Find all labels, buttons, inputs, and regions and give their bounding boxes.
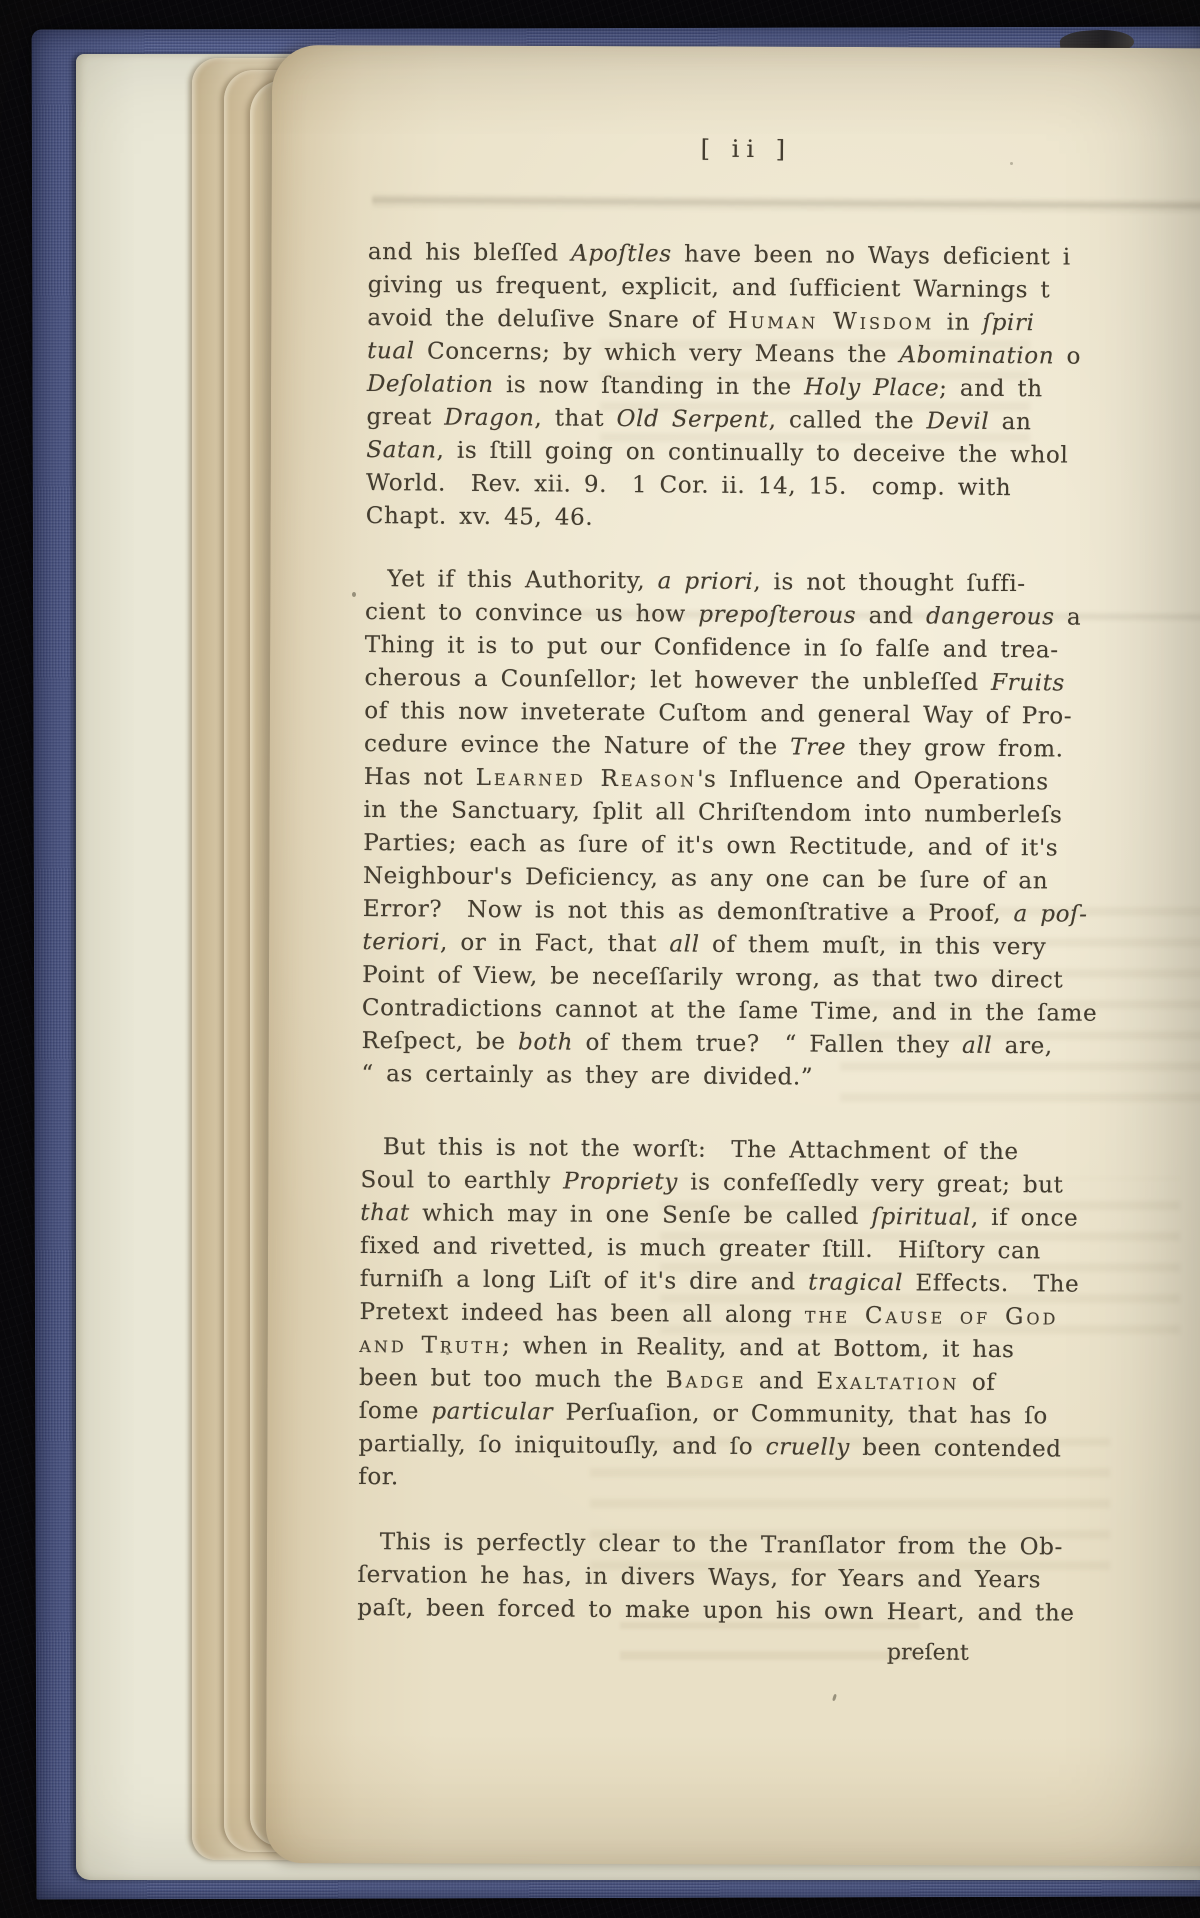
body-text: ; and th [939, 375, 1043, 402]
body-text: avoid the deluſive Snare of [367, 305, 728, 334]
italic-text: both [518, 1029, 573, 1055]
body-text: they grow from. [846, 735, 1064, 763]
italic-text: Devil [926, 408, 989, 434]
italic-text: Abomination [899, 342, 1054, 369]
body-text: , that [534, 405, 616, 432]
body-text: Effects. The [903, 1270, 1079, 1297]
body-text: are, [992, 1033, 1053, 1059]
body-text: , called the [769, 407, 927, 434]
body-text: of [959, 1370, 995, 1396]
body-text: ſome [359, 1398, 432, 1425]
body-text: , is ſtill going on continually to decei… [436, 438, 1068, 469]
body-text: fixed and rivetted, is much greater ſtil… [360, 1233, 1041, 1264]
italic-text: particular [431, 1399, 553, 1426]
italic-text: tual [367, 338, 415, 364]
body-text: Pretext indeed has been all along [359, 1299, 804, 1328]
body-text: Point of View, be neceſſarily wrong, as … [362, 962, 1063, 994]
paragraphs: and his bleſſed Apoſtles have been no Wa… [357, 236, 1103, 1631]
italic-text: Fruits [991, 670, 1065, 697]
text-line: for. [358, 1461, 1094, 1500]
text-line: partially, ſo iniquitouſly, and ſo cruel… [358, 1428, 1094, 1467]
italic-text: Apoſtles [571, 241, 672, 268]
body-text: ſervation he has, in divers Ways, for Ye… [357, 1562, 1041, 1593]
body-text: in the Sanctuary, ſplit all Chriſtendom … [363, 797, 1062, 828]
italic-text: Tree [790, 734, 846, 760]
italic-text: cruelly [766, 1434, 850, 1461]
italic-text: Dragon [444, 405, 534, 432]
body-text: Contradictions cannot at the ſame Time, … [362, 995, 1097, 1027]
body-text: This is perfectly clear to the Tranſlato… [380, 1529, 1063, 1560]
body-text: Neighbour's Deficiency, as any one can b… [363, 863, 1048, 894]
body-text: Soul to earthly [361, 1167, 564, 1195]
body-text: Reſpect, be [362, 1028, 519, 1055]
paragraph: and his bleſſed Apoſtles have been no Wa… [366, 236, 1104, 539]
italic-text: tragical [808, 1269, 903, 1296]
body-text: of them muſt, in this very [700, 932, 1047, 961]
scanned-book-photo: [ ii ] and his bleſſed Apoſtles have bee… [0, 0, 1200, 1918]
text-block: [ ii ] and his bleſſed Apoſtles have bee… [0, 0, 1200, 1918]
body-text: , if once [971, 1205, 1079, 1232]
body-text: 's Influence and Operations [697, 767, 1049, 796]
small-caps-text: and Truth [359, 1332, 502, 1359]
italic-text: teriori [362, 929, 440, 956]
body-text: Has not [364, 764, 476, 791]
body-text: of them true? “ Fallen they [573, 1030, 962, 1059]
italic-text: dangerous [926, 603, 1055, 630]
body-text: which may in one Senſe be called [410, 1200, 872, 1230]
text-line: Chapt. xv. 45, 46. [366, 500, 1102, 539]
body-text: cient to convince us how [365, 599, 698, 628]
body-text: is confeſſedly very great; but [678, 1169, 1064, 1198]
body-text: Parties; each as ſure of it's own Rectit… [363, 830, 1058, 861]
body-text: Error? Now is not this as demonſtrative … [363, 896, 1014, 927]
body-text: and his bleſſed [368, 239, 572, 267]
body-text: Perſuaſion, or Community, that has ſo [553, 1399, 1048, 1429]
body-text: But this is not the worſt: The Attachmen… [383, 1134, 1019, 1165]
body-text: paſt, been forced to make upon his own H… [357, 1595, 1074, 1627]
body-text: Yet if this Authority, [387, 566, 658, 594]
italic-text: Old Serpent [617, 406, 769, 433]
paragraph: Yet if this Authority, a priori, is not … [361, 563, 1100, 1097]
body-text: great [367, 404, 445, 431]
body-text: been but too much the [359, 1365, 666, 1393]
body-text: a [1054, 604, 1081, 630]
body-text: ; when in Reality, and at Bottom, it has [502, 1333, 1015, 1363]
italic-text: Deſolation [367, 371, 494, 398]
body-text: an [989, 409, 1031, 435]
body-text: cedure evince the Nature of the [364, 731, 790, 760]
italic-text: Holy Place [804, 374, 939, 401]
body-text: for. [358, 1464, 399, 1490]
small-caps-text: Learned Reason [476, 765, 698, 793]
body-text: furniſh a long Liſt of it's dire and [360, 1266, 809, 1296]
body-text: Chapt. xv. 45, 46. [366, 503, 594, 531]
body-text: Thing it is to put our Confidence in ſo … [365, 632, 1059, 663]
italic-text: ſpiritual [871, 1204, 971, 1231]
paragraph: This is perfectly clear to the Tranſlato… [357, 1526, 1093, 1631]
body-text: giving us frequent, explicit, and ſuffic… [368, 272, 1051, 303]
small-caps-text: Badge [666, 1367, 747, 1394]
body-text: been contended [850, 1435, 1062, 1463]
body-text: “ as certainly as they are divided.” [361, 1061, 813, 1091]
italic-text: all [669, 931, 699, 957]
text-line: paſt, been forced to make upon his own H… [357, 1592, 1093, 1631]
italic-text: ſpiri [982, 310, 1034, 336]
small-caps-text: the Cause of God [805, 1302, 1059, 1330]
italic-text: prepoſterous [698, 602, 856, 629]
italic-text: all [962, 1033, 992, 1059]
italic-text: a priori [658, 568, 754, 595]
italic-text: a poſ- [1013, 901, 1087, 928]
body-text: partially, ſo iniquitouſly, and ſo [358, 1431, 765, 1460]
body-text: Concerns; by which very Means the [415, 338, 900, 368]
small-caps-text: Human Wisdom [728, 308, 935, 336]
catchword: preſent [887, 1640, 969, 1666]
body-text: cherous a Counſellor; let however the un… [364, 665, 991, 696]
body-text: is now ſtanding in the [494, 372, 805, 400]
body-text: , is not thought ſuffi- [753, 569, 1026, 597]
small-caps-text: Exaltation [816, 1369, 959, 1396]
body-text: have been no Ways deficient i [672, 241, 1071, 270]
italic-text: Propriety [563, 1169, 678, 1196]
body-text: and [746, 1368, 816, 1395]
body-text: , or in Fact, that [440, 930, 670, 958]
body-text: o [1054, 343, 1081, 369]
body-text: and [856, 603, 926, 630]
body-text: World. Rev. xii. 9. 1 Cor. ii. 14, 15. c… [366, 470, 1011, 501]
paragraph: But this is not the worſt: The Attachmen… [358, 1131, 1096, 1500]
body-text: in [934, 309, 982, 335]
text-line: “ as certainly as they are divided.” [361, 1058, 1097, 1097]
body-text: of this now inveterate Cuſtom and genera… [364, 698, 1072, 730]
page-number-header: [ ii ] [701, 135, 793, 164]
italic-text: that [360, 1200, 410, 1226]
italic-text: Satan [366, 437, 436, 464]
